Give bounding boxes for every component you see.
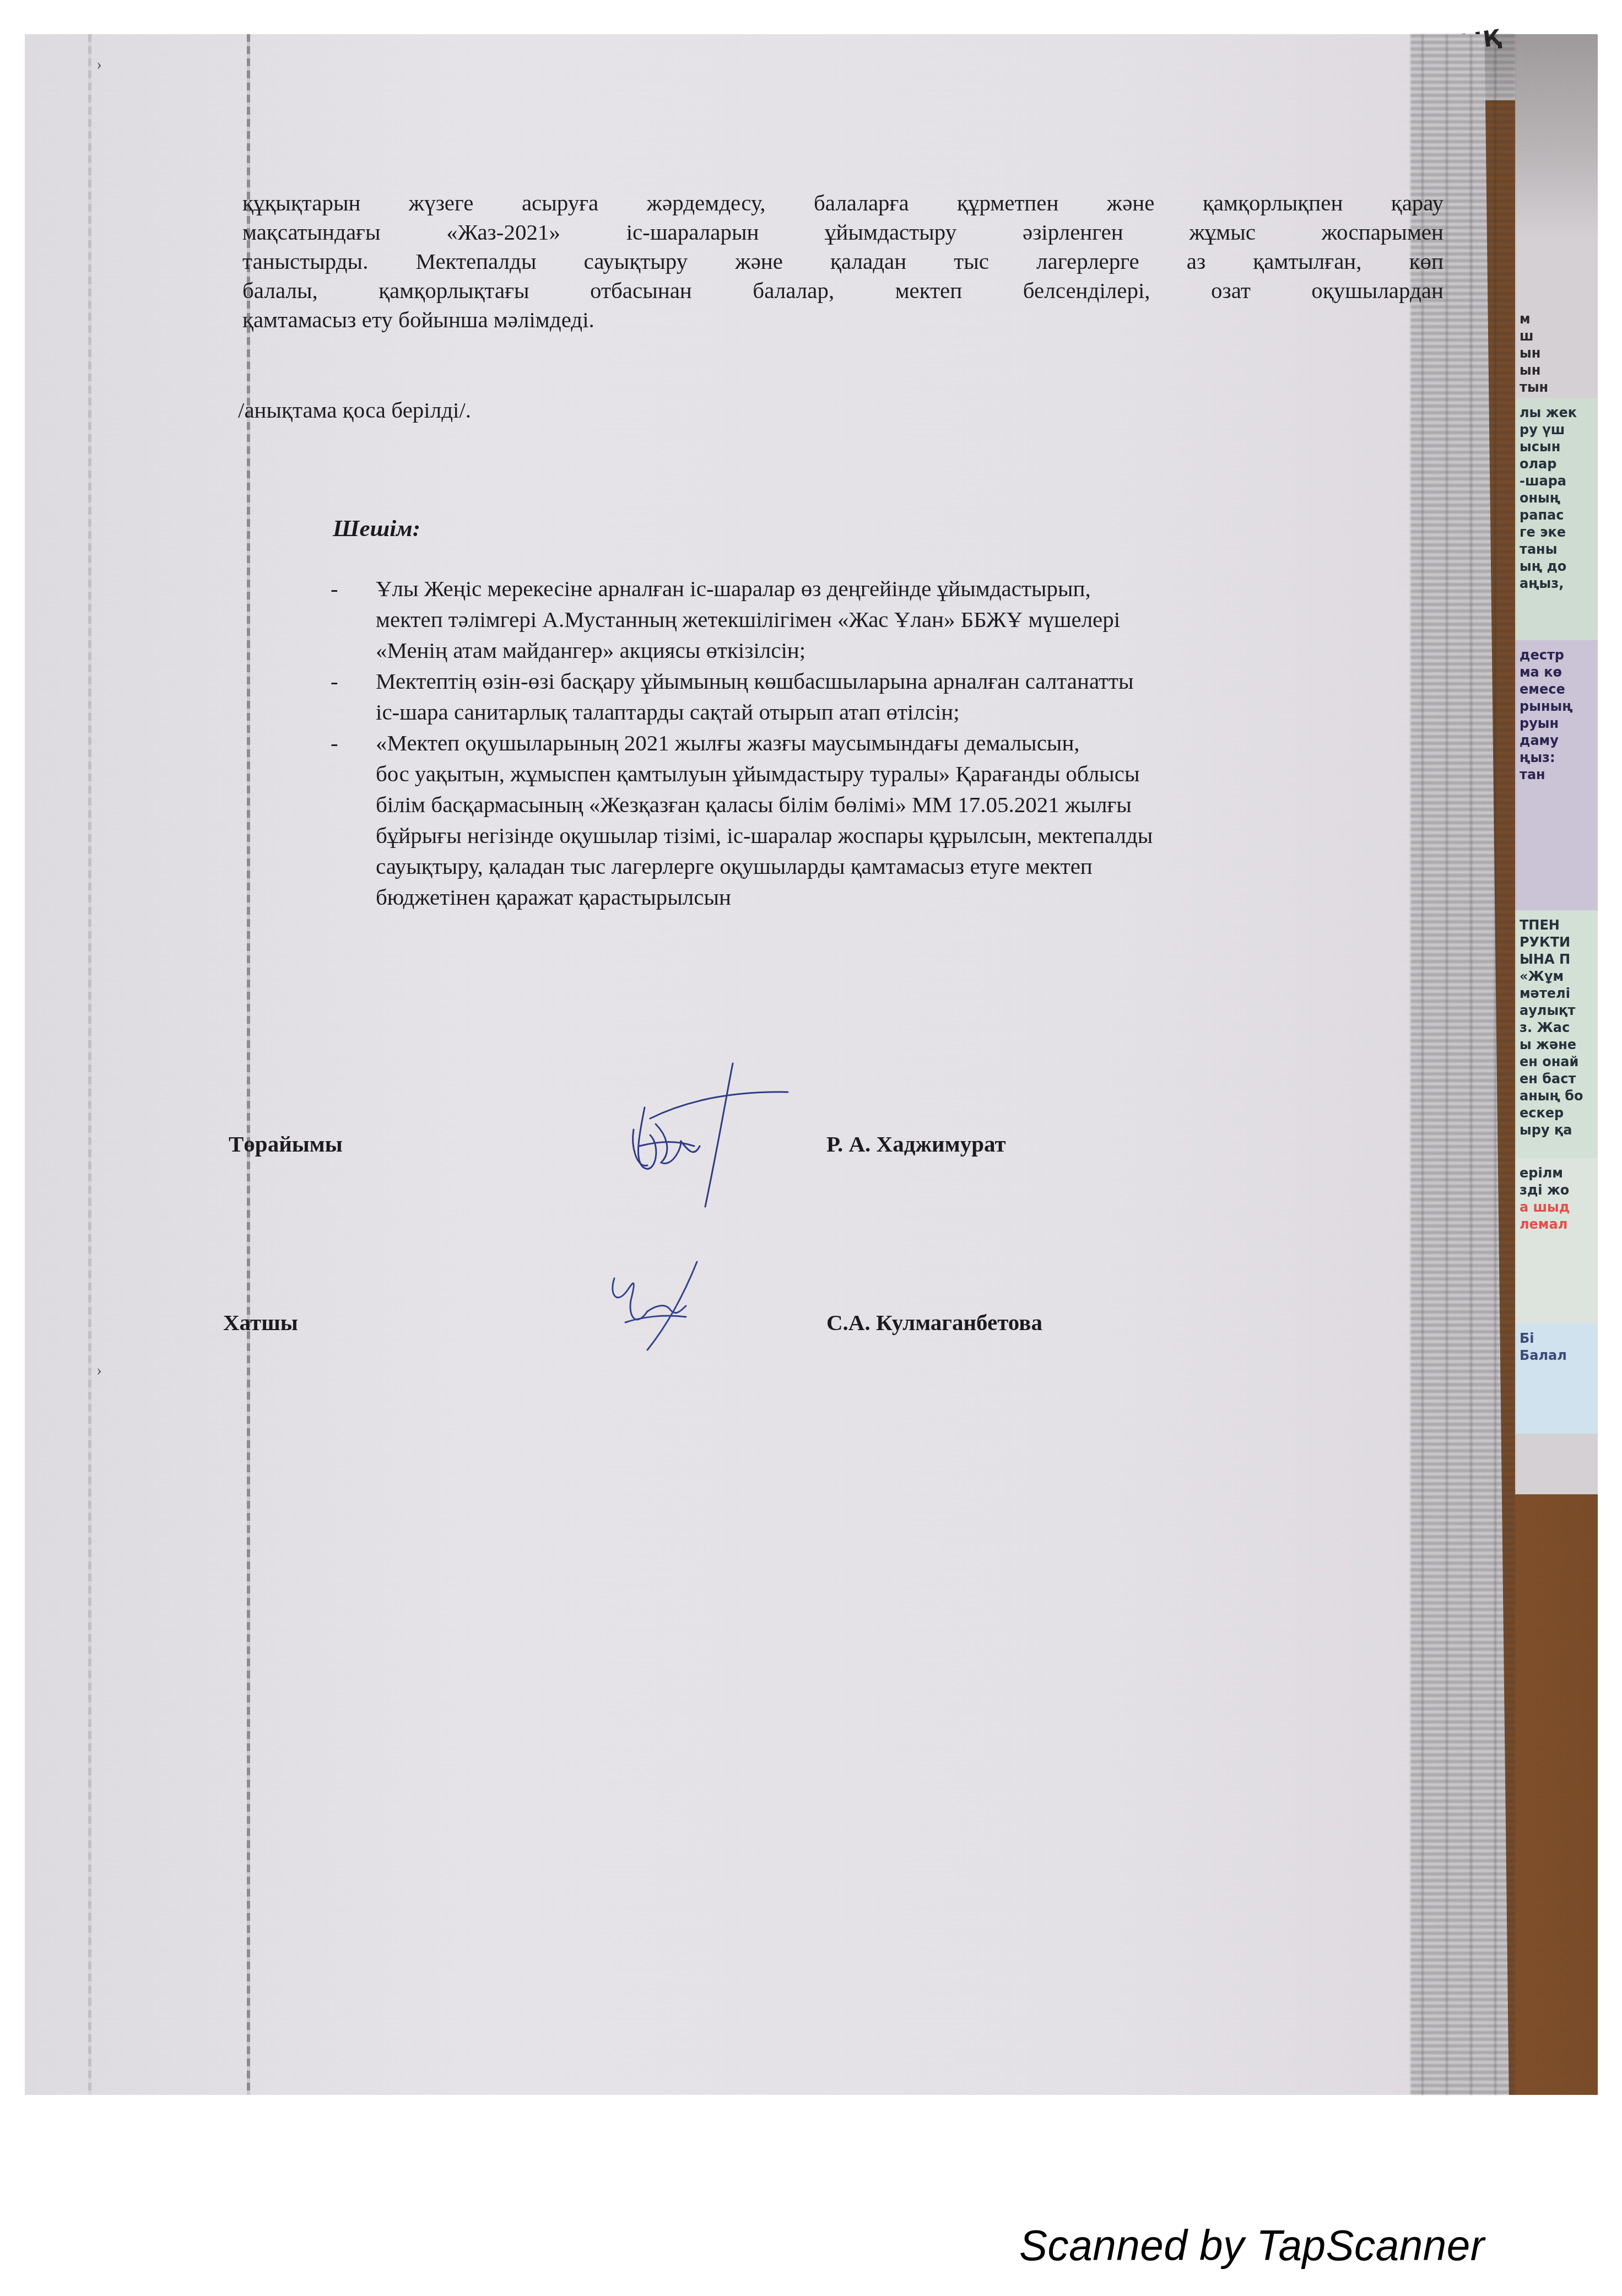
decision-line: Мектептің өзін-өзі басқару ұйымының көшб… [376, 666, 1466, 696]
decision-line: бос уақытын, жұмыспен қамтылуын ұйымдаст… [376, 758, 1466, 789]
leaflet-text-line: рапас [1520, 507, 1598, 524]
leaflet-text-line: Бі [1520, 1330, 1598, 1347]
decision-line: іс-шара санитарлық талаптарды сақтай оты… [376, 696, 1466, 727]
leaflet-text-line: ЫНА П [1520, 951, 1598, 968]
intro-paragraph: құқықтарын жүзеге асыруға жәрдемдесу, ба… [242, 188, 1443, 334]
leaflet-text-line: ескер [1520, 1105, 1598, 1122]
leaflet-text-line: ТПЕН [1520, 917, 1598, 934]
leaflet-block-1: лы жекру үшысынолар-шараоныңрапасге экет… [1515, 398, 1598, 640]
intro-line: мақсатындағы «Жаз-2021» іс-шараларын ұйы… [242, 218, 1443, 247]
leaflet-text-line: олар [1520, 456, 1598, 473]
leaflet-text-line: тын [1520, 379, 1598, 396]
decision-line: бұйрығы негізінде оқушылар тізімі, іс-ша… [376, 820, 1466, 851]
leaflet-text-line: емесе [1520, 681, 1598, 698]
leaflet-text-line: зді жо [1520, 1182, 1598, 1199]
leaflet-block-4: ерілмзді жоа шыдлемал [1515, 1158, 1598, 1323]
leaflet-text-line: дестр [1520, 647, 1598, 664]
leaflet-text-line: оның [1520, 490, 1598, 507]
signature-role-secretary: Хатшы [223, 1309, 298, 1336]
leaflet-text-line: РУКТИ [1520, 934, 1598, 951]
leaflet-text-line: а шыд [1520, 1199, 1598, 1216]
decision-line: Ұлы Жеңіс мерекесіне арналған іс-шаралар… [376, 573, 1466, 604]
leaflet-text-line: аңыз, [1520, 575, 1598, 592]
signature-name-chair: Р. А. Хаджимурат [826, 1131, 1006, 1157]
leaflet-block-2: дестрма көемесерыныңруындамуңыз:тан [1515, 640, 1598, 910]
leaflet-text-line: ерілм [1520, 1165, 1598, 1182]
copier-streak-right [1410, 34, 1515, 2095]
intro-line: қамтамасыз ету бойынша мәлімдеді. [242, 305, 1443, 334]
decision-item: - Мектептің өзін-өзі басқару ұйымының кө… [331, 666, 1466, 727]
decision-list: - Ұлы Жеңіс мерекесіне арналған іс-шарал… [331, 573, 1466, 912]
leaflet-text-line: ыру қа [1520, 1122, 1598, 1139]
background-leaflet-side: мшынынтынгынбере лы жекру үшысынолар-шар… [1515, 34, 1598, 1494]
decision-line: сауықтыру, қаладан тыс лагерлерге оқушыл… [376, 851, 1466, 882]
signature-role-chair: Төрайымы [229, 1131, 343, 1157]
leaflet-text-line: ысын [1520, 439, 1598, 456]
decision-line: білім басқармасының «Жезқазған қаласы бі… [376, 789, 1466, 820]
leaflet-text-line: ен онай [1520, 1054, 1598, 1071]
leaflet-text-line: аның бо [1520, 1088, 1598, 1105]
attachment-note: /анықтама қоса берілді/. [238, 397, 471, 423]
leaflet-text-line: тан [1520, 766, 1598, 784]
leaflet-text-line: «Жұм [1520, 968, 1598, 985]
leaflet-text-line: ге эке [1520, 524, 1598, 541]
leaflet-text-line: мәтелі [1520, 985, 1598, 1002]
leaflet-text-line: ын [1520, 362, 1598, 379]
leaflet-text-line: ын [1520, 345, 1598, 362]
signature-chair-icon [617, 1058, 799, 1218]
leaflet-text-line: з. Жас [1520, 1019, 1598, 1036]
copier-streak-far-left [88, 34, 91, 2095]
leaflet-text-line: ың до [1520, 558, 1598, 575]
margin-mark: › [96, 1361, 102, 1380]
decision-title: Шешім: [333, 515, 420, 542]
leaflet-text-line: рының [1520, 698, 1598, 715]
leaflet-text-line: ш [1520, 328, 1598, 345]
intro-line: балалы, қамқорлықтағы отбасынан балалар,… [242, 276, 1443, 305]
bullet-dash: - [331, 573, 338, 604]
leaflet-text-line: ы және [1520, 1036, 1598, 1054]
leaflet-block-3: ТПЕНРУКТИЫНА П«Жұммәтеліаулықтз. Жасы жә… [1515, 910, 1598, 1158]
copier-streak-left [247, 34, 250, 2095]
leaflet-text-line: -шара [1520, 473, 1598, 490]
leaflet-text-line: ру үш [1520, 422, 1598, 439]
leaflet-text-line: даму [1520, 732, 1598, 749]
leaflet-text-line: ен баст [1520, 1071, 1598, 1088]
leaflet-text-line: ңыз: [1520, 749, 1598, 766]
bullet-dash: - [331, 666, 338, 696]
leaflet-text-line: ма кө [1520, 664, 1598, 681]
intro-line: құқықтарын жүзеге асыруға жәрдемдесу, ба… [242, 188, 1443, 218]
leaflet-text-line: Балал [1520, 1347, 1598, 1364]
scanner-watermark: Scanned by TapScanner [1019, 2221, 1485, 2271]
signature-name-secretary: С.А. Кулмаганбетова [826, 1309, 1042, 1336]
leaflet-block-5: БіБалал [1515, 1323, 1598, 1434]
margin-mark: › [96, 55, 102, 74]
leaflet-text-line: аулықт [1520, 1002, 1598, 1019]
decision-item: - Ұлы Жеңіс мерекесіне арналған іс-шарал… [331, 573, 1466, 666]
signature-secretary-icon [603, 1256, 713, 1355]
leaflet-text-line: лы жек [1520, 404, 1598, 422]
bullet-dash: - [331, 727, 338, 758]
decision-line: бюджетінен қаражат қарастырылсын [376, 882, 1466, 912]
leaflet-text-line: таны [1520, 541, 1598, 558]
decision-item: - «Мектеп оқушыларының 2021 жылғы жазғы … [331, 727, 1466, 912]
leaflet-text-line: лемал [1520, 1216, 1598, 1233]
decision-line: мектеп тәлімгері А.Мустанның жетекшілігі… [376, 604, 1466, 635]
decision-line: «Мектеп оқушыларының 2021 жылғы жазғы ма… [376, 727, 1466, 758]
leaflet-text-line: м [1520, 311, 1598, 328]
intro-line: таныстырды. Мектепалды сауықтыру және қа… [242, 247, 1443, 276]
leaflet-text-line: руын [1520, 715, 1598, 732]
decision-line: «Менің атам майдангер» акциясы өткізілсі… [376, 635, 1466, 666]
